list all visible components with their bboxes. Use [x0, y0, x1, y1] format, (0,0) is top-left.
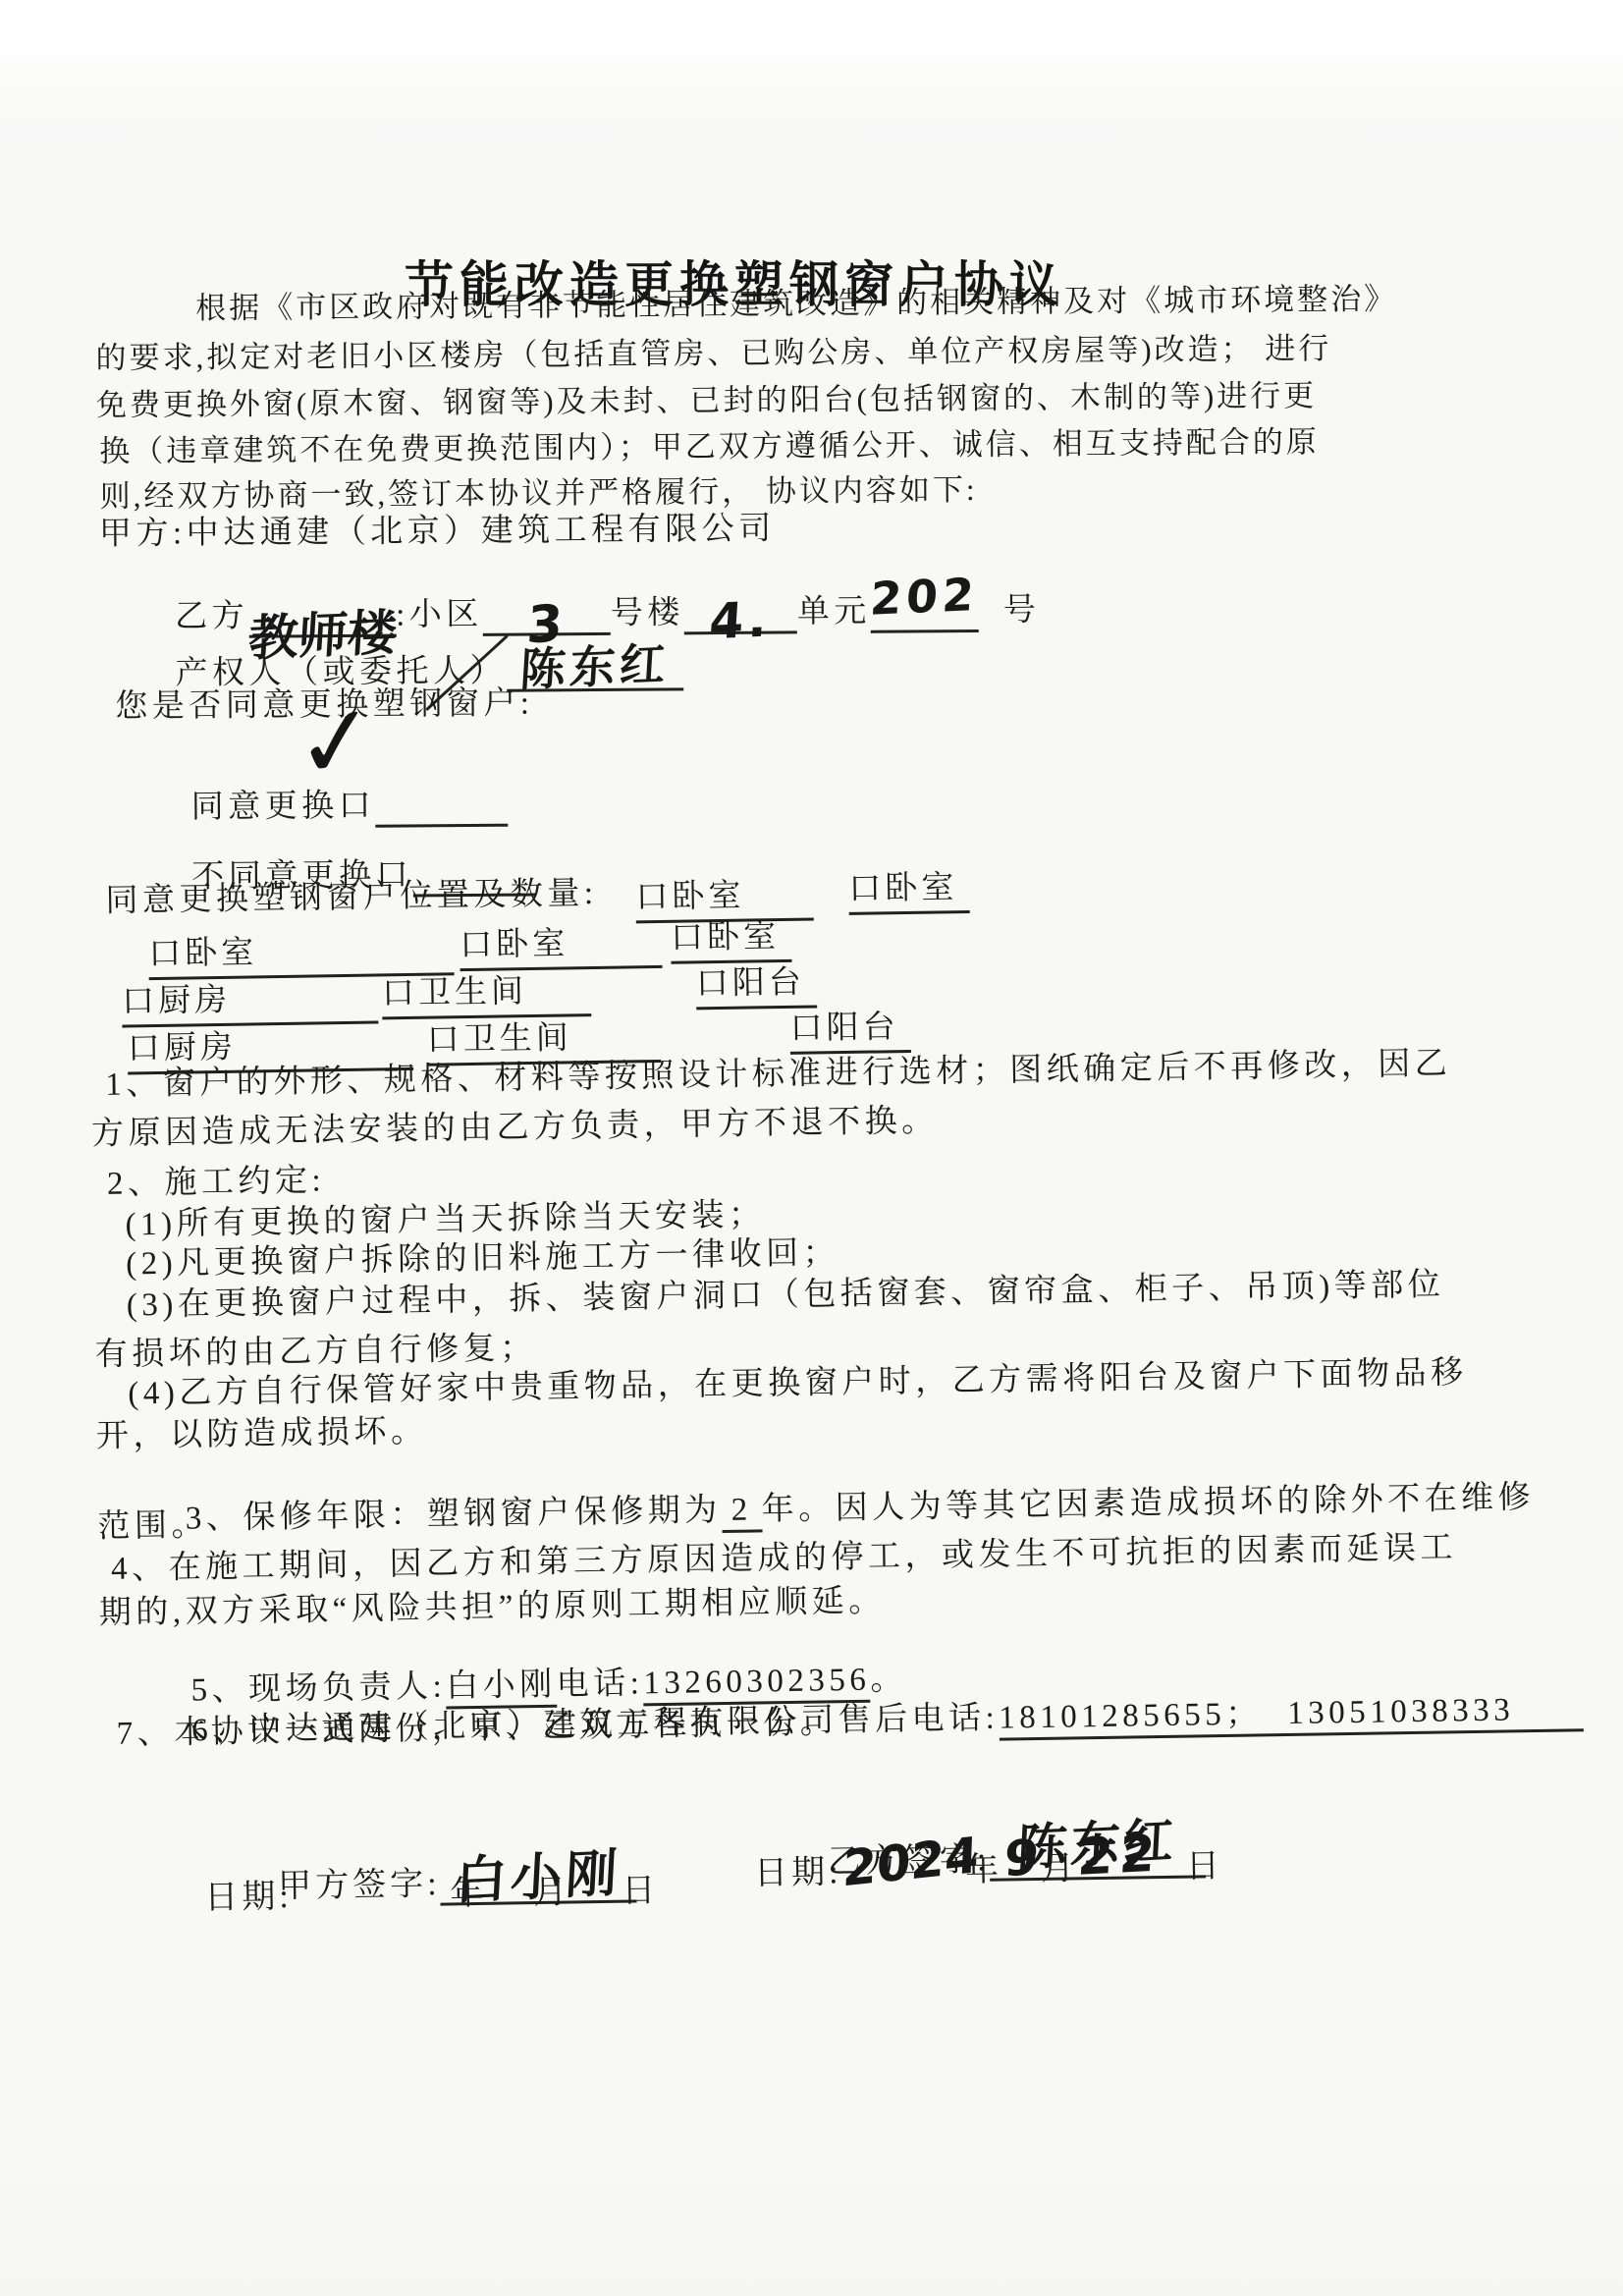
- clause-2-item-4-line-2: 开，以防造成损坏。: [96, 1412, 428, 1458]
- party-a-date-year: 年: [450, 1874, 488, 1916]
- party-a-date-month: 月: [533, 1873, 571, 1915]
- party-a-date-label: 日期:: [204, 1877, 293, 1920]
- clause-3-prefix: 3、保修年限：塑钢窗户保修期为: [186, 1493, 722, 1537]
- party-a-date-day: 日: [622, 1871, 660, 1913]
- clause-3-suffix: 年。因人为等其它因素造成损坏的除外不在维修: [761, 1480, 1535, 1527]
- clause-3-line-2: 范围。: [97, 1505, 208, 1548]
- clause-1-line-2: 方原因造成无法安装的由乙方负责，甲方不退不换。: [91, 1102, 939, 1156]
- checkbox-bedroom[interactable]: 口卧室: [848, 861, 970, 915]
- party-b-date-label: 日期:: [754, 1852, 842, 1895]
- clause-2-title: 2、施工约定:: [107, 1161, 326, 1205]
- lower-text-block: 同意更换塑钢窗户位置及数量: 口卧室 口卧室 口卧室 口卧室 口卧室 口厨房 口…: [0, 0, 1623, 2296]
- party-b-date-month-handwriting: 9: [1002, 1829, 1040, 1887]
- scanned-agreement-page: 节能改造更换塑钢窗户协议 根据《市区政府对既有非节能性居住建筑改造》的相关精神及…: [0, 0, 1623, 2296]
- warranty-years-value: 2: [721, 1493, 762, 1534]
- location-title: 同意更换塑钢窗户位置及数量:: [105, 874, 598, 922]
- after-sales-phones: 18101285655； 13051038333: [999, 1692, 1584, 1741]
- party-a-signature-label: 甲方签字:: [278, 1866, 441, 1905]
- checkbox-balcony[interactable]: 口阳台: [789, 1001, 911, 1055]
- party-b-date-year: 年: [965, 1850, 1003, 1892]
- party-b-date-month: 月: [1041, 1848, 1079, 1890]
- party-b-date-day-handwriting: 22: [1076, 1825, 1163, 1887]
- checkbox-bedroom[interactable]: 口卧室: [460, 916, 663, 971]
- party-b-date-day: 日: [1186, 1846, 1224, 1888]
